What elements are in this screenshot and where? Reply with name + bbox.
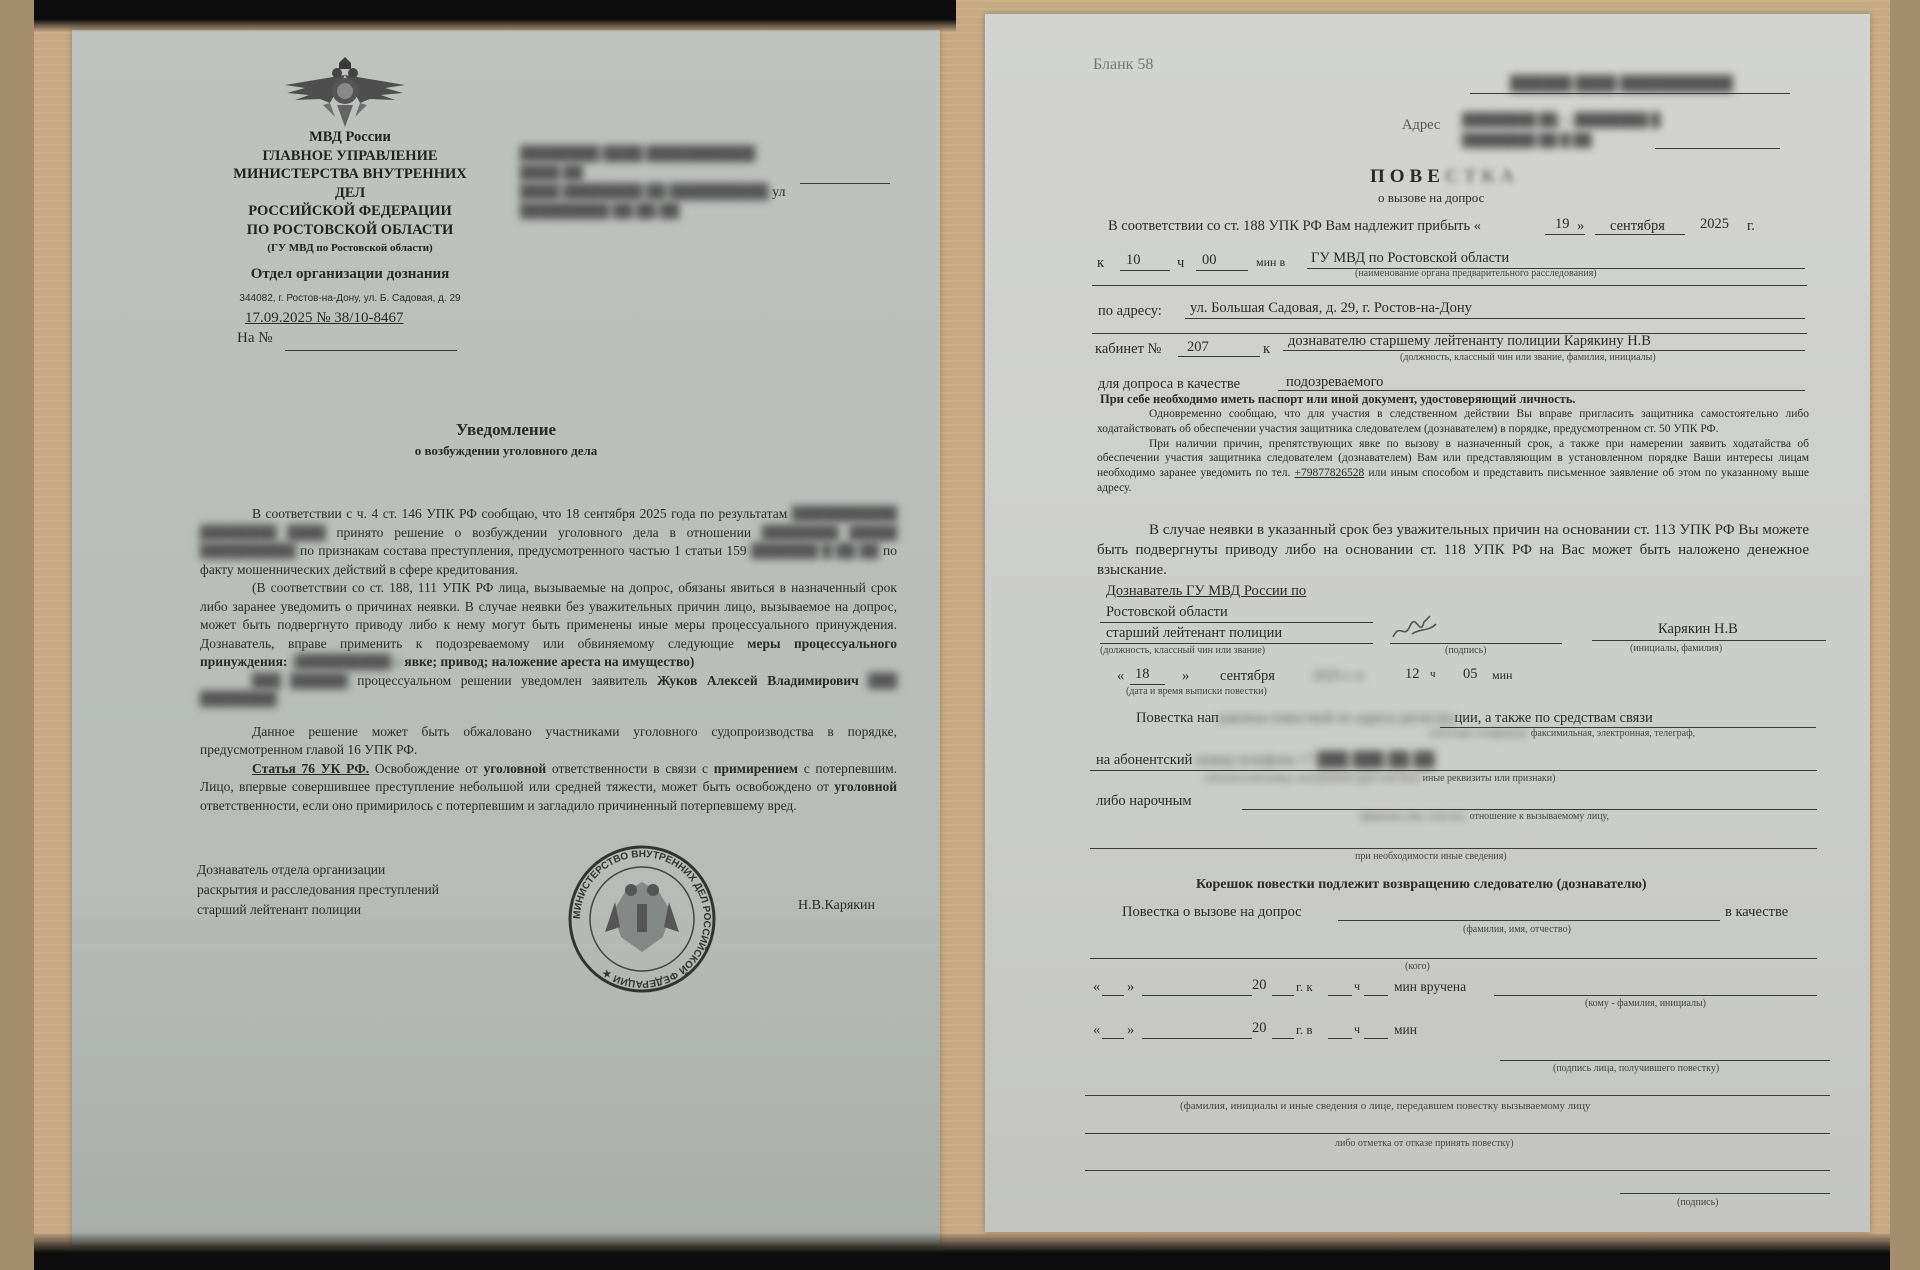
minute-label: мин в bbox=[1256, 255, 1285, 270]
month-line bbox=[1595, 234, 1685, 235]
delivery-caption-1: (почтовая, телефонная, факсимильная, эле… bbox=[1430, 728, 1695, 739]
officer-name: дознавателю старшему лейтенанту полиции … bbox=[1288, 333, 1651, 350]
stub-summons-label: Повестка о вызове на допрос bbox=[1122, 904, 1302, 921]
summons-subtitle: о вызове на допрос bbox=[1378, 190, 1484, 206]
form-number: Бланк 58 bbox=[1093, 56, 1153, 74]
courier-line bbox=[1242, 809, 1817, 810]
signature-icon bbox=[1390, 612, 1445, 644]
delivery-line bbox=[1090, 770, 1817, 771]
issuer-line-2: Ростовской области bbox=[1106, 604, 1228, 621]
delivery-caption-4: при необходимости иные сведения) bbox=[1355, 851, 1507, 862]
caption-text: иные реквизиты или признаки) bbox=[1423, 773, 1556, 784]
stub-sig-line bbox=[1620, 1193, 1830, 1194]
capacity-line bbox=[1278, 390, 1805, 391]
redacted-text: (██████████ о bbox=[287, 654, 404, 669]
hour-label: ч bbox=[1177, 255, 1184, 272]
stub-date1-close: » bbox=[1127, 979, 1134, 996]
address-redacted: ████████ ██, г. ████████ █ bbox=[1462, 112, 1660, 128]
street-suffix: ул bbox=[772, 185, 785, 200]
body-text: процессуальном решении уведомлен заявите… bbox=[357, 673, 657, 688]
stub-date2-month-line bbox=[1142, 1038, 1252, 1039]
id-notice: При себе необходимо иметь паспорт или ин… bbox=[1100, 392, 1576, 407]
body-text: Статья 76 УК РФ. bbox=[252, 761, 369, 776]
quote-close: » bbox=[1182, 668, 1189, 685]
issuer-name-caption: (инициалы, фамилия) bbox=[1630, 643, 1722, 654]
background-frame-left bbox=[0, 0, 34, 1270]
office-number: 207 bbox=[1187, 339, 1209, 356]
issued-hour-label: ч bbox=[1430, 668, 1436, 680]
officer-line bbox=[1283, 350, 1805, 351]
issued-minute: 05 bbox=[1463, 666, 1478, 683]
rights-paragraph: Одновременно сообщаю, что для участия в … bbox=[1097, 407, 1809, 437]
header-line: ДЕЛ bbox=[200, 184, 500, 203]
stub-date2-year: 20 bbox=[1252, 1020, 1267, 1037]
caption-redacted: (почтовая, телефонная, bbox=[1430, 728, 1528, 739]
body-text: Освобождение от bbox=[369, 761, 483, 776]
organ-name: ГУ МВД по Ростовской области bbox=[1311, 250, 1509, 267]
issuer-line-1: Дознаватель ГУ МВД России по bbox=[1106, 583, 1306, 600]
office-address: 344082, г. Ростов-на-Дону, ул. Б. Садова… bbox=[205, 293, 495, 304]
address-field-label: по адресу: bbox=[1098, 303, 1162, 320]
stub-date1-h: ч bbox=[1354, 979, 1360, 994]
caption-redacted: (абонентский номер, электронный адрес ил… bbox=[1205, 773, 1420, 784]
stub-date1-year: 20 bbox=[1252, 977, 1267, 994]
stub-date1-hour-line bbox=[1328, 995, 1352, 996]
signer-position: Дознаватель отдела организации раскрытия… bbox=[197, 860, 439, 920]
stub-fio-line bbox=[1338, 920, 1720, 921]
body-paragraph: Данное решение может быть обжаловано уча… bbox=[200, 723, 897, 760]
officer-caption: (должность, классный чин или звание, фам… bbox=[1400, 352, 1656, 363]
document-subtitle: о возбуждении уголовного дела bbox=[72, 443, 940, 459]
issued-hour: 12 bbox=[1405, 666, 1420, 683]
body-text: Жуков Алексей Владимирович bbox=[657, 673, 859, 688]
recipient-redacted: ████ ████████ ██ ██████████ bbox=[520, 185, 769, 200]
arrival-day: 19 bbox=[1555, 216, 1570, 233]
header-abbr: (ГУ МВД по Ростовской области) bbox=[200, 239, 500, 258]
address-field-line bbox=[1185, 318, 1805, 319]
body-text: по признакам состава преступления, преду… bbox=[300, 543, 751, 558]
ministry-header: МВД России ГЛАВНОЕ УПРАВЛЕНИЕ МИНИСТЕРСТ… bbox=[200, 128, 500, 258]
stub-date1-day-line bbox=[1102, 995, 1124, 996]
body-text: ответственности, если оно примирилось с … bbox=[200, 798, 797, 813]
delivery-redacted: равлена повесткой по адресу регистра bbox=[1219, 710, 1455, 726]
stub-person-line bbox=[1085, 1095, 1830, 1096]
delivery-caption-3: (фамилия, имя, отчество, отношение к выз… bbox=[1360, 811, 1609, 822]
stub-date2-year-line bbox=[1272, 1038, 1294, 1039]
stub-date2-minute-line bbox=[1364, 1038, 1388, 1039]
header-line: МИНИСТЕРСТВА ВНУТРЕННИХ bbox=[200, 165, 500, 184]
delivery-text: на абонентский bbox=[1096, 752, 1196, 768]
recipient-redacted: █████████ ██ ██ ██ bbox=[520, 202, 850, 221]
stub-title: Корешок повестки подлежит возвращению сл… bbox=[1196, 877, 1647, 893]
background-frame-right bbox=[1890, 0, 1920, 1270]
stub-who-line bbox=[1090, 958, 1817, 959]
mvd-emblem-icon bbox=[275, 55, 415, 130]
issued-year-redacted: 2025 г. в bbox=[1312, 668, 1363, 685]
hour-line bbox=[1120, 270, 1170, 271]
stub-capacity-label: в качестве bbox=[1725, 904, 1788, 921]
stub-sig-caption: (подпись) bbox=[1677, 1197, 1719, 1208]
header-line: ПО РОСТОВСКОЙ ОБЛАСТИ bbox=[200, 221, 500, 240]
caption-text: факсимильная, электронная, телеграф, bbox=[1531, 728, 1695, 739]
stub-date1-minute-line bbox=[1364, 995, 1388, 996]
header-line: РОССИЙСКОЙ ФЕДЕРАЦИИ bbox=[200, 202, 500, 221]
registration-number: 17.09.2025 № 38/10-8467 bbox=[245, 310, 403, 327]
delivery-text: ции, а также по средствам связи bbox=[1454, 710, 1652, 726]
signer-name: Н.В.Карякин bbox=[798, 898, 875, 914]
stub-date2-g: г. в bbox=[1296, 1022, 1313, 1038]
day-line bbox=[1545, 234, 1585, 235]
body-text: ответственности в связи с bbox=[546, 761, 714, 776]
issuer-name: Карякин Н.В bbox=[1658, 621, 1738, 638]
reference-number-line bbox=[285, 350, 457, 351]
summons-title: ПОВЕСТКА bbox=[1370, 166, 1519, 188]
department-name: Отдел организации дознания bbox=[210, 266, 490, 283]
quote-open: « bbox=[1117, 668, 1124, 685]
recipient-redacted: ████ ██ bbox=[520, 164, 850, 183]
arrival-month: сентября bbox=[1610, 218, 1665, 235]
stub-date1-g: г. к bbox=[1296, 979, 1313, 995]
signature-caption: (подпись) bbox=[1445, 645, 1487, 656]
stub-person-caption: (фамилия, инициалы и иные сведения о лиц… bbox=[1180, 1100, 1591, 1112]
courier-label: либо нарочным bbox=[1096, 793, 1192, 810]
issued-month: сентября bbox=[1220, 668, 1275, 685]
arrival-prefix: В соответствии со ст. 188 УПК РФ Вам над… bbox=[1108, 218, 1481, 235]
issuer-position-caption: (должность, классный чин или звание) bbox=[1100, 645, 1265, 656]
stub-date2-hour-line bbox=[1328, 1038, 1352, 1039]
notification-body: В соответствии с ч. 4 ст. 146 УПК РФ соо… bbox=[200, 505, 897, 815]
caption-text: отношение к вызываемому лицу, bbox=[1470, 811, 1609, 822]
address-field-value: ул. Большая Садовая, д. 29, г. Ростов-на… bbox=[1190, 300, 1472, 317]
address-line bbox=[1655, 148, 1780, 149]
quote-close: » bbox=[1577, 218, 1584, 235]
redacted-text: ███ ██████ bbox=[252, 673, 357, 688]
capacity-label: для допроса в качестве bbox=[1098, 376, 1240, 393]
issued-day: 18 bbox=[1135, 666, 1150, 683]
rights-paragraph: При наличии причин, препятствующих явке … bbox=[1097, 437, 1809, 496]
stub-who-caption: (кого) bbox=[1405, 961, 1430, 972]
stub-date2-open: « bbox=[1093, 1022, 1100, 1039]
recipient-redacted: ████████ ████ ███████████ bbox=[520, 145, 850, 164]
official-stamp-icon: МИНИСТЕРСТВО ВНУТРЕННИХ ДЕЛ РОССИЙСКОЙ Ф… bbox=[565, 842, 720, 997]
body-text: принято решение о возбуждении уголовного… bbox=[336, 525, 762, 540]
delivery-caption-2: (абонентский номер, электронный адрес ил… bbox=[1205, 773, 1555, 784]
stub-date1-month-line bbox=[1142, 995, 1252, 996]
stub-refusal-line bbox=[1085, 1133, 1830, 1134]
ref-label: На № bbox=[237, 330, 273, 346]
stub-recipient-sig-line bbox=[1500, 1060, 1830, 1061]
body-text: Данное решение может быть обжаловано уча… bbox=[200, 724, 897, 758]
body-paragraph: В соответствии с ч. 4 ст. 146 УПК РФ соо… bbox=[200, 505, 897, 579]
redacted-text: ███████ █ ██ ██ bbox=[751, 543, 883, 558]
time-k: к bbox=[1097, 255, 1104, 272]
recipient-line bbox=[800, 183, 890, 184]
body-text: примирением bbox=[714, 761, 798, 776]
photo-shadow-top bbox=[34, 0, 956, 32]
address-redacted: ████████ ██ █ ██ bbox=[1462, 132, 1592, 148]
body-text: В соответствии с ч. 4 ст. 146 УПК РФ соо… bbox=[252, 506, 792, 521]
delivery-redacted: номер телефона +7 ███-███-██-██ bbox=[1196, 752, 1435, 768]
delivery-prefix: Повестка направлена повесткой по адресу … bbox=[1136, 710, 1653, 727]
photo-shadow-bottom bbox=[34, 1232, 1890, 1270]
contact-phone: +79877826528 bbox=[1295, 467, 1365, 479]
stub-recipient-line bbox=[1494, 995, 1817, 996]
office-label: кабинет № bbox=[1095, 341, 1161, 358]
body-paragraph: (В соответствии со ст. 188, 111 УПК РФ л… bbox=[200, 579, 897, 672]
stub-extra-line bbox=[1085, 1170, 1830, 1171]
body-text: уголовной bbox=[834, 779, 897, 794]
arrival-year: 2025 bbox=[1700, 216, 1729, 233]
stub-date2-h: ч bbox=[1354, 1022, 1360, 1037]
delivery-text: Повестка нап bbox=[1136, 710, 1219, 726]
year-suffix: г. bbox=[1747, 218, 1755, 235]
issued-day-line bbox=[1130, 684, 1165, 685]
address-label: Адрес bbox=[1402, 117, 1440, 134]
body-text: уголовной bbox=[483, 761, 546, 776]
signer-line: Дознаватель отдела организации bbox=[197, 860, 439, 880]
stub-date1-open: « bbox=[1093, 979, 1100, 996]
stub-date2-day-line bbox=[1102, 1038, 1124, 1039]
title-visible: ПОВЕ bbox=[1370, 166, 1445, 187]
stub-fio-caption: (фамилия, имя, отчество) bbox=[1463, 924, 1571, 935]
stub-date2-m: мин bbox=[1394, 1022, 1417, 1038]
office-number-line bbox=[1178, 356, 1260, 357]
addressee-redacted: ██████ ████ ███████████ bbox=[1510, 76, 1733, 93]
delivery-phone-line: на абонентский номер телефона +7 ███-███… bbox=[1096, 752, 1435, 769]
arrival-minute: 00 bbox=[1202, 252, 1217, 269]
organ-caption: (наименование органа предварительного ра… bbox=[1355, 268, 1597, 279]
delivery-line bbox=[1090, 848, 1817, 849]
warning-paragraph: В случае неявки в указанный срок без ува… bbox=[1097, 520, 1809, 580]
issued-caption: (дата и время выписки повестки) bbox=[1126, 686, 1267, 697]
minute-line bbox=[1196, 270, 1248, 271]
rights-paragraphs: Одновременно сообщаю, что для участия в … bbox=[1097, 407, 1809, 496]
separator-line bbox=[1092, 285, 1807, 286]
issuer-line bbox=[1100, 643, 1373, 644]
stub-refusal-caption: либо отметка от отказе принять повестку) bbox=[1335, 1138, 1514, 1149]
body-paragraph: Статья 76 УК РФ. Освобождение от уголовн… bbox=[200, 760, 897, 816]
office-k: к bbox=[1263, 341, 1270, 358]
issuer-name-line bbox=[1592, 640, 1826, 641]
signer-line: раскрытия и расследования преступлений bbox=[197, 880, 439, 900]
title-blurred: СТКА bbox=[1445, 166, 1519, 187]
caption-redacted: (фамилия, имя, отчество, bbox=[1360, 811, 1467, 822]
arrival-hour: 10 bbox=[1126, 252, 1141, 269]
reference-number-label: На № bbox=[237, 330, 273, 347]
issuer-line-3: старший лейтенант полиции bbox=[1106, 625, 1282, 642]
stub-date1-m: мин вручена bbox=[1394, 979, 1466, 995]
signer-line: старший лейтенант полиции bbox=[197, 900, 439, 920]
capacity-value: подозреваемого bbox=[1286, 374, 1383, 391]
issuer-line bbox=[1100, 622, 1373, 623]
document-title: Уведомление bbox=[72, 420, 940, 440]
body-paragraph: ███ ██████ процессуальном решении уведом… bbox=[200, 672, 897, 709]
stub-to-caption: (кому - фамилия, инициалы) bbox=[1585, 998, 1706, 1009]
body-text: явке; привод; наложение ареста на имущес… bbox=[404, 654, 694, 669]
signature-line bbox=[1390, 643, 1562, 644]
warning-text: В случае неявки в указанный срок без ува… bbox=[1097, 520, 1809, 580]
issued-minute-label: мин bbox=[1492, 668, 1512, 683]
header-line: МВД России bbox=[200, 128, 500, 147]
stub-date2-close: » bbox=[1127, 1022, 1134, 1039]
header-line: ГЛАВНОЕ УПРАВЛЕНИЕ bbox=[200, 147, 500, 166]
addressee-line bbox=[1470, 93, 1790, 94]
stub-recipient-sig-caption: (подпись лица, получившего повестку) bbox=[1553, 1063, 1719, 1074]
stub-date1-year-line bbox=[1272, 995, 1294, 996]
